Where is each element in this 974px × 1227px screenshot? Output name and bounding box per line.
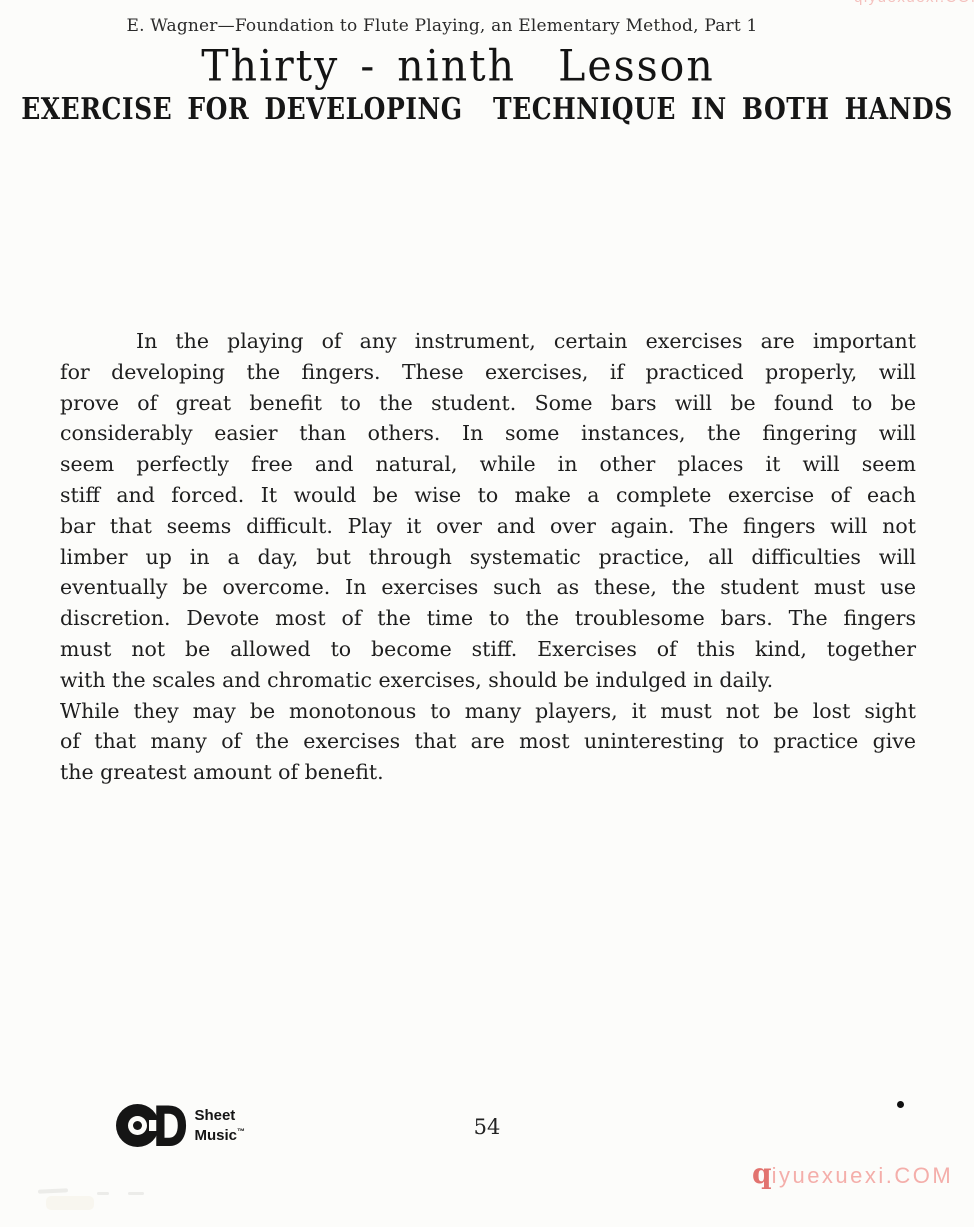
text-line: the greatest amount of benefit. <box>60 757 916 788</box>
text-line: seem perfectly free and natural, while i… <box>60 449 916 480</box>
scan-smudge <box>128 1192 144 1195</box>
text-line: of that many of the exercises that are m… <box>60 726 916 757</box>
body-paragraph: In the playing of any instrument, certai… <box>60 326 916 788</box>
watermark-top-cutoff: qiyuexuexi.COM <box>854 0 974 7</box>
scan-smudge <box>38 1188 68 1194</box>
scanned-book-page: E. Wagner—Foundation to Flute Playing, a… <box>0 0 974 1227</box>
text-line: eventually be overcome. In exercises suc… <box>60 572 916 603</box>
watermark-text-cut: qiyuexuexi.COM <box>854 0 974 6</box>
scan-smudge <box>97 1192 109 1195</box>
text-line: considerably easier than others. In some… <box>60 418 916 449</box>
text-line: In the playing of any instrument, certai… <box>60 326 916 357</box>
text-line: for developing the fingers. These exerci… <box>60 357 916 388</box>
book-header: E. Wagner—Foundation to Flute Playing, a… <box>0 16 884 36</box>
text-line: stiff and forced. It would be wise to ma… <box>60 480 916 511</box>
text-line: While they may be monotonous to many pla… <box>60 696 916 727</box>
text-line: prove of great benefit to the student. S… <box>60 388 916 419</box>
ink-speck <box>897 1101 904 1108</box>
text-line: with the scales and chromatic exercises,… <box>60 665 916 696</box>
lesson-title: Thirty - ninth Lesson <box>0 40 916 91</box>
scan-smudge <box>46 1196 94 1210</box>
text-line: limber up in a day, but through systemat… <box>60 542 916 573</box>
page-number: 54 <box>0 1115 974 1139</box>
text-line: discretion. Devote most of the time to t… <box>60 603 916 634</box>
text-line: must not be allowed to become stiff. Exe… <box>60 634 916 665</box>
watermark-bottom: qiyuexuexi.COM <box>752 1160 953 1189</box>
watermark-text: iyuexuexi.COM <box>772 1163 954 1188</box>
lesson-subtitle: EXERCISE FOR DEVELOPING TECHNIQUE IN BOT… <box>0 92 974 126</box>
watermark-lead-letter: q <box>752 1157 772 1190</box>
text-line: bar that seems difficult. Play it over a… <box>60 511 916 542</box>
